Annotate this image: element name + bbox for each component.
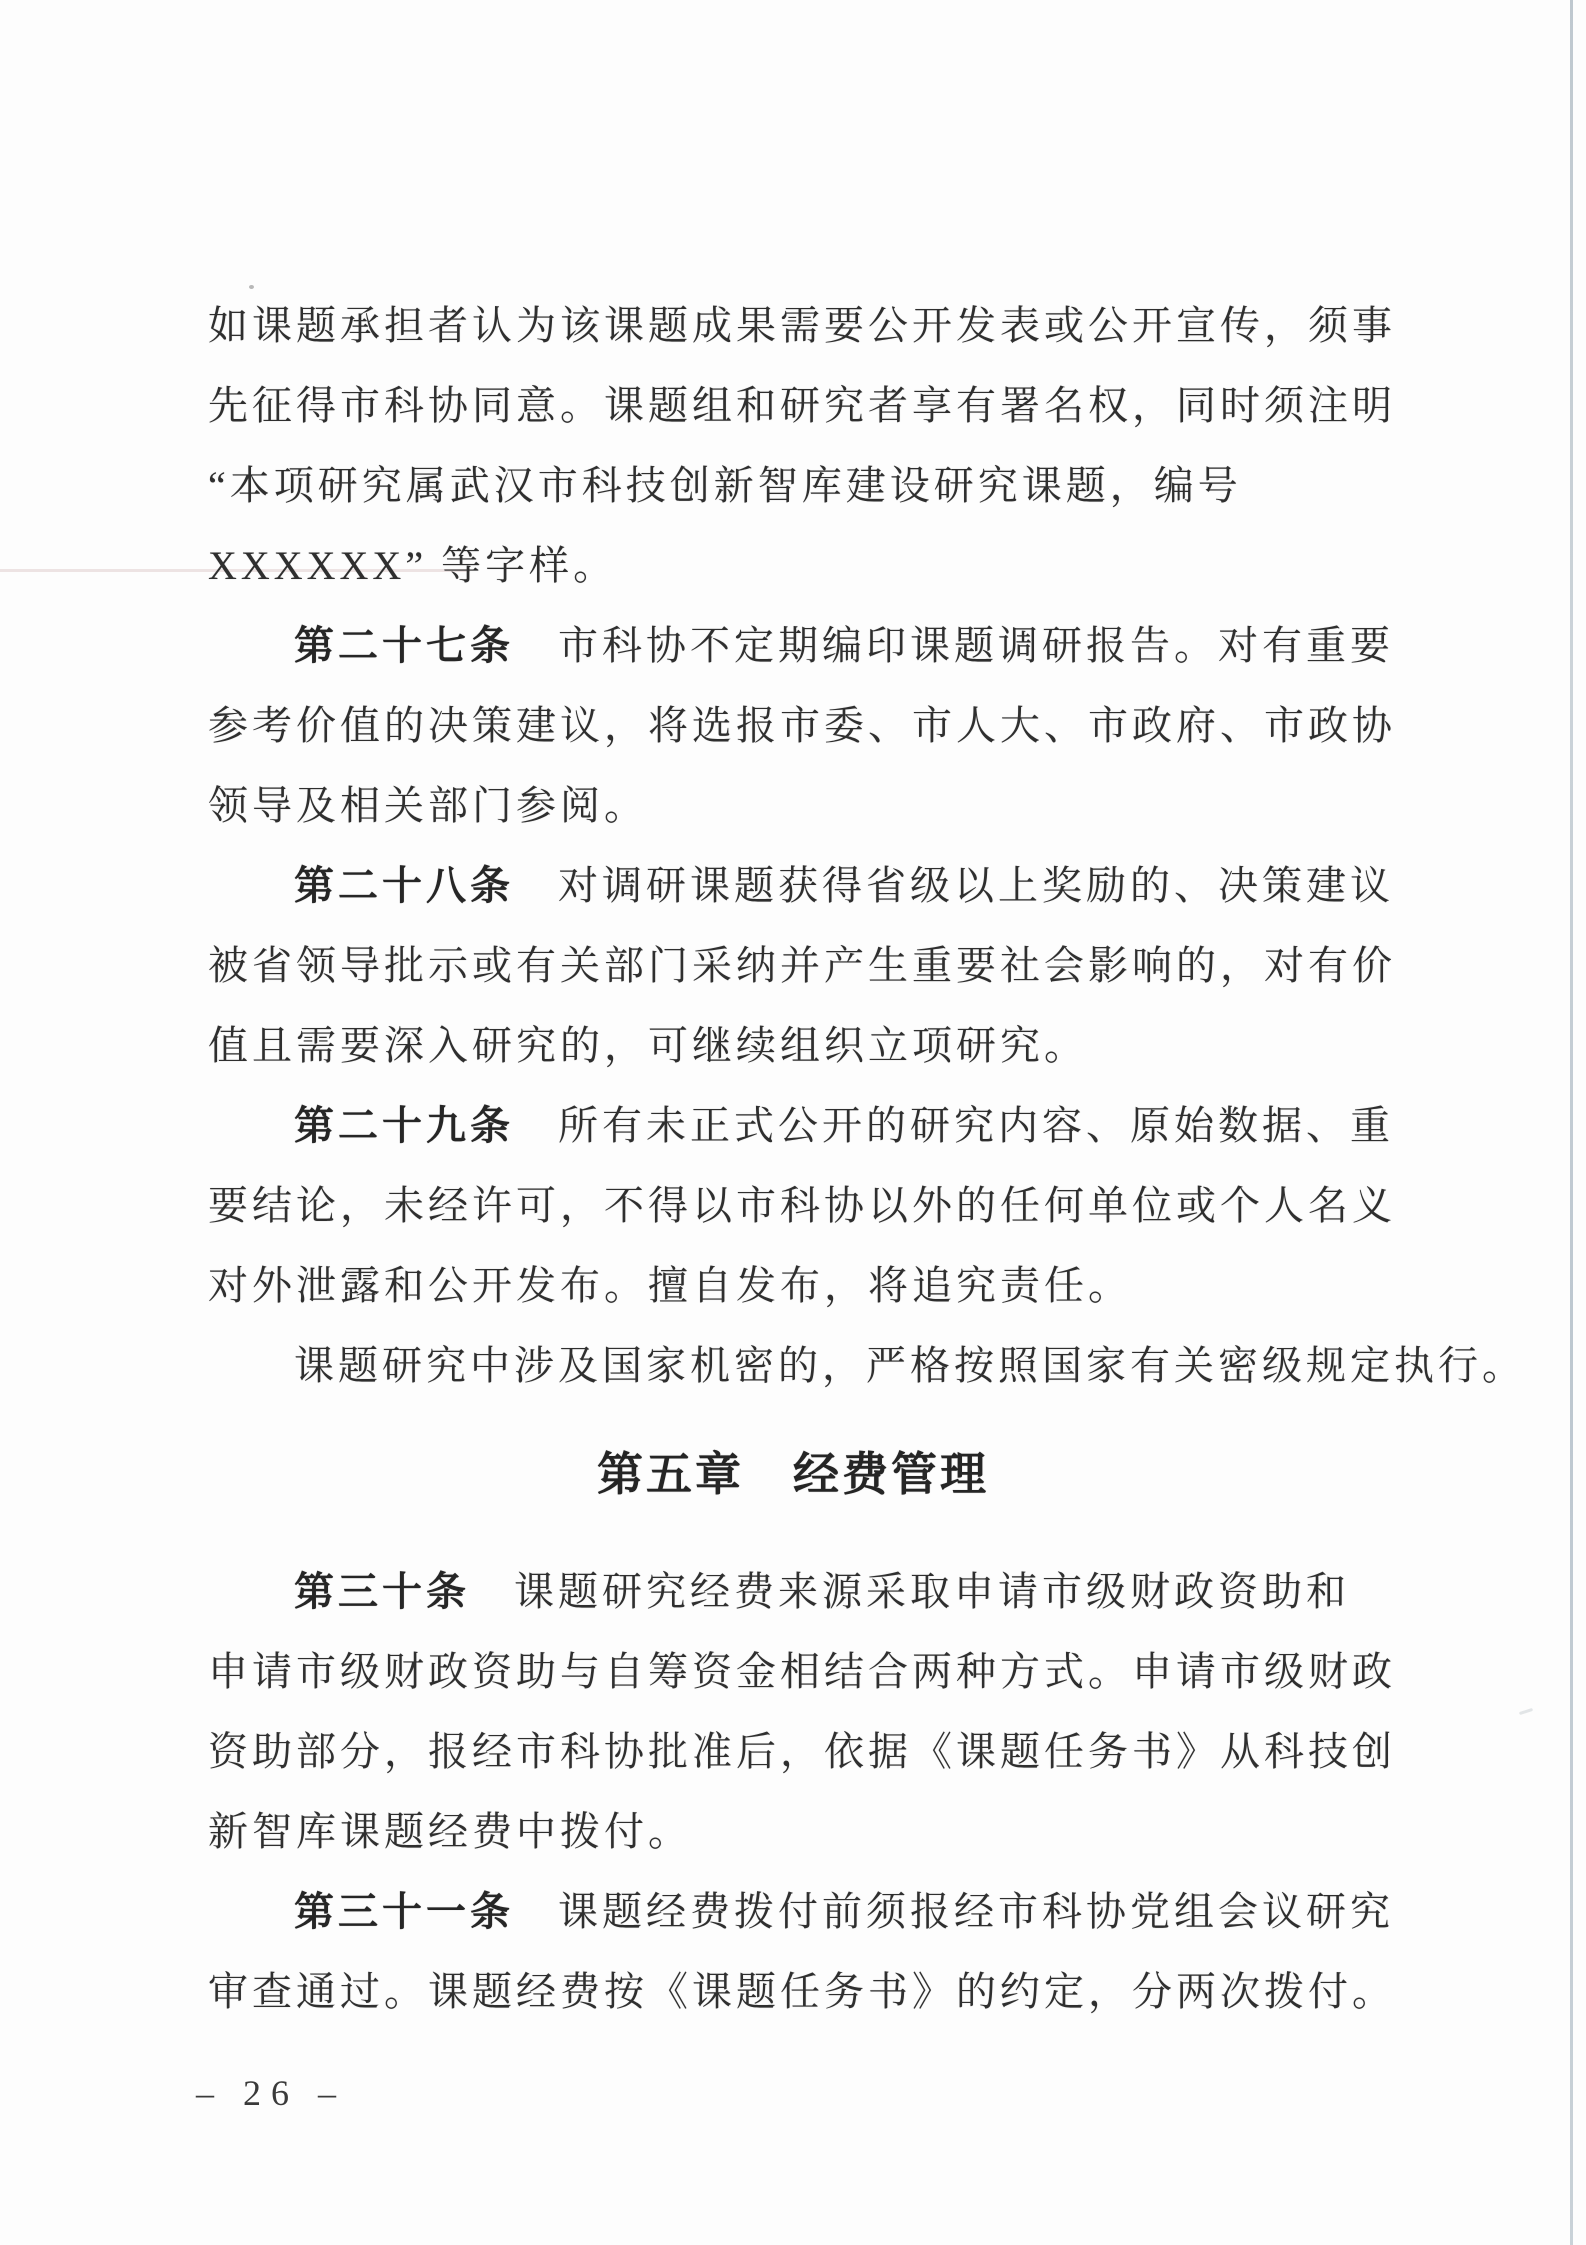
page-number: – 26 – xyxy=(196,2072,346,2114)
line-text: 审查通过。课题经费按《课题任务书》的约定，分两次拨付。 xyxy=(208,1969,1396,2014)
line-text: 资助部分，报经市科协批准后，依据《课题任务书》从科技创 xyxy=(208,1729,1396,1774)
line-text: 如课题承担者认为该课题成果需要公开发表或公开宣传，须事 xyxy=(208,303,1396,348)
line-text: XXXXXX” 等字样。 xyxy=(208,543,617,588)
text-line: 参考价值的决策建议，将选报市委、市人大、市政府、市政协 xyxy=(208,700,1498,752)
text-line: 要结论，未经许可，不得以市科协以外的任何单位或个人名义 xyxy=(208,1180,1498,1232)
text-line: 对外泄露和公开发布。擅自发布，将追究责任。 xyxy=(208,1260,1498,1312)
text-line: 第二十八条 对调研课题获得省级以上奖励的、决策建议 xyxy=(208,860,1584,912)
text-line: 资助部分，报经市科协批准后，依据《课题任务书》从科技创 xyxy=(208,1726,1498,1778)
text-line: 如课题承担者认为该课题成果需要公开发表或公开宣传，须事 xyxy=(208,300,1498,352)
scan-speck xyxy=(1519,1708,1533,1715)
text-line: 申请市级财政资助与自筹资金相结合两种方式。申请市级财政 xyxy=(208,1646,1498,1698)
line-text: 被省领导批示或有关部门采纳并产生重要社会影响的，对有价 xyxy=(208,943,1396,988)
text-line: 被省领导批示或有关部门采纳并产生重要社会影响的，对有价 xyxy=(208,940,1498,992)
line-text: 领导及相关部门参阅。 xyxy=(208,783,648,828)
line-text: 所有未正式公开的研究内容、原始数据、重 xyxy=(514,1103,1394,1148)
line-text: 对调研课题获得省级以上奖励的、决策建议 xyxy=(514,863,1394,908)
line-text: 参考价值的决策建议，将选报市委、市人大、市政府、市政协 xyxy=(208,703,1396,748)
text-line: 第二十九条 所有未正式公开的研究内容、原始数据、重 xyxy=(208,1100,1584,1152)
line-text: 课题研究中涉及国家机密的，严格按照国家有关密级规定执行。 xyxy=(294,1343,1526,1388)
line-text: 申请市级财政资助与自筹资金相结合两种方式。申请市级财政 xyxy=(208,1649,1396,1694)
text-line: 第三十一条 课题经费拨付前须报经市科协党组会议研究 xyxy=(208,1886,1584,1938)
article-number: 第二十九条 xyxy=(294,1103,514,1148)
text-line: 审查通过。课题经费按《课题任务书》的约定，分两次拨付。 xyxy=(208,1966,1498,2018)
text-line: 第二十七条 市科协不定期编印课题调研报告。对有重要 xyxy=(208,620,1584,672)
scan-speck xyxy=(249,285,254,289)
line-text: 值且需要深入研究的，可继续组织立项研究。 xyxy=(208,1023,1088,1068)
text-line: 领导及相关部门参阅。 xyxy=(208,780,1498,832)
line-text: 要结论，未经许可，不得以市科协以外的任何单位或个人名义 xyxy=(208,1183,1396,1228)
line-text: 新智库课题经费中拨付。 xyxy=(208,1809,692,1854)
line-text: 先征得市科协同意。课题组和研究者享有署名权，同时须注明 xyxy=(208,383,1396,428)
chapter-heading: 第五章 经费管理 xyxy=(0,1438,1586,1504)
line-text: “本项研究属武汉市科技创新智库建设研究课题，编号 xyxy=(208,463,1242,508)
line-text: 课题研究经费来源采取申请市级财政资助和 xyxy=(470,1569,1350,1614)
line-text: 对外泄露和公开发布。擅自发布，将追究责任。 xyxy=(208,1263,1132,1308)
text-line: 值且需要深入研究的，可继续组织立项研究。 xyxy=(208,1020,1498,1072)
article-number: 第三十一条 xyxy=(294,1889,514,1934)
text-line: 课题研究中涉及国家机密的，严格按照国家有关密级规定执行。 xyxy=(208,1340,1584,1392)
text-line: 先征得市科协同意。课题组和研究者享有署名权，同时须注明 xyxy=(208,380,1498,432)
text-line: 新智库课题经费中拨付。 xyxy=(208,1806,1498,1858)
text-line: “本项研究属武汉市科技创新智库建设研究课题，编号 xyxy=(208,460,1498,512)
scanned-document-page: 如课题承担者认为该课题成果需要公开发表或公开宣传，须事 先征得市科协同意。课题组… xyxy=(0,0,1586,2245)
article-number: 第二十七条 xyxy=(294,623,514,668)
text-line: XXXXXX” 等字样。 xyxy=(208,540,1498,592)
article-number: 第二十八条 xyxy=(294,863,514,908)
text-line: 第三十条 课题研究经费来源采取申请市级财政资助和 xyxy=(208,1566,1584,1618)
article-number: 第三十条 xyxy=(294,1569,470,1614)
line-text: 市科协不定期编印课题调研报告。对有重要 xyxy=(514,623,1394,668)
line-text: 课题经费拨付前须报经市科协党组会议研究 xyxy=(514,1889,1394,1934)
